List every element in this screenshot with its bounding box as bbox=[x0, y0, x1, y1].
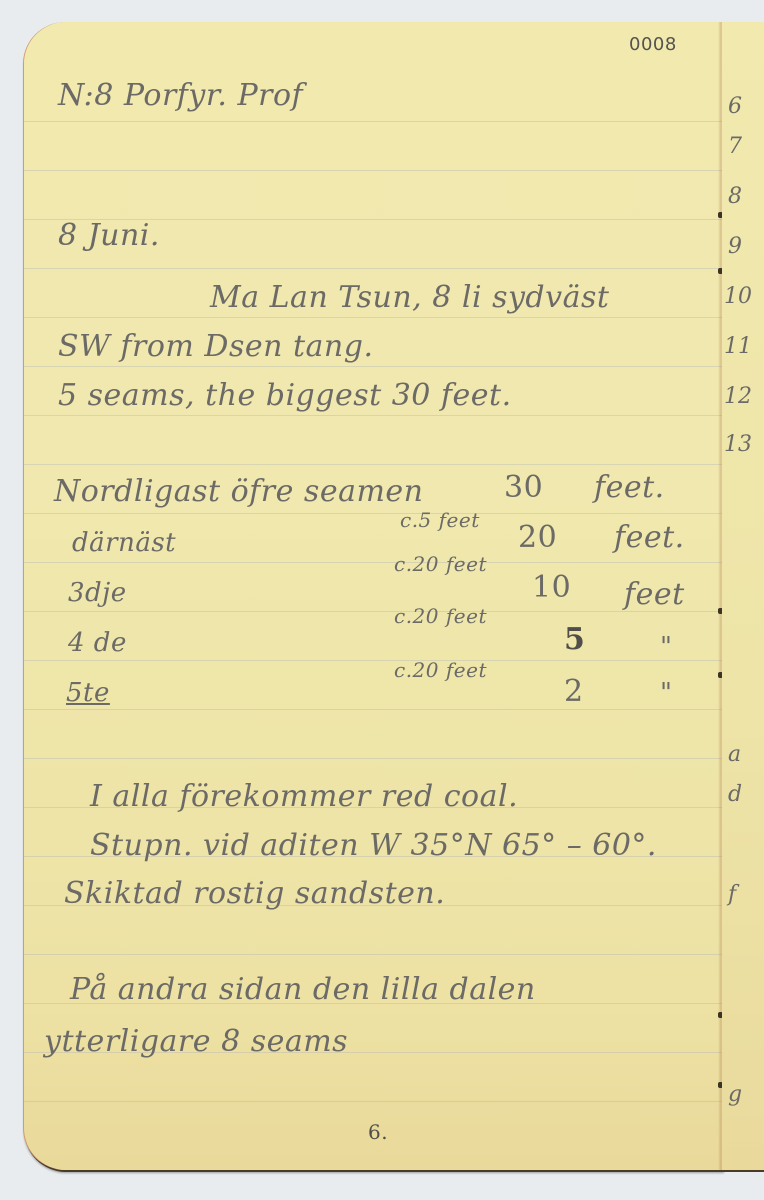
seam-unit: " bbox=[660, 678, 672, 708]
ruled-line bbox=[24, 464, 724, 465]
right-page: 6 7 8 9 10 11 12 13 a d f g bbox=[722, 22, 764, 1170]
seam-label: därnäst bbox=[72, 528, 176, 558]
footer-line: På andra sidan den lilla dalen bbox=[70, 972, 536, 1007]
ruled-line bbox=[24, 121, 724, 122]
margin-fragment: a bbox=[728, 742, 741, 767]
margin-number: 6 bbox=[728, 94, 742, 119]
ruled-line bbox=[24, 1101, 724, 1102]
ruled-line bbox=[24, 562, 724, 563]
ruled-line bbox=[24, 758, 724, 759]
seam-label: Nordligast öfre seamen bbox=[54, 474, 423, 509]
seam-interval: c.5 feet bbox=[400, 508, 480, 532]
left-page: 0008 N:8 Porfyr. Prof 8 Juni. Ma Lan Tsu… bbox=[24, 22, 724, 1170]
seam-unit: feet bbox=[624, 577, 685, 612]
seam-label: 3dje bbox=[68, 578, 127, 608]
margin-number: 8 bbox=[728, 184, 742, 209]
ruled-line bbox=[24, 415, 724, 416]
ruled-line bbox=[24, 317, 724, 318]
notebook-spread: 0008 N:8 Porfyr. Prof 8 Juni. Ma Lan Tsu… bbox=[0, 0, 764, 1200]
ruled-line bbox=[24, 660, 724, 661]
margin-number: 13 bbox=[724, 432, 752, 457]
note-line: Stupn. vid aditen W 35°N 65° – 60°. bbox=[90, 828, 657, 863]
ruled-line bbox=[24, 366, 724, 367]
entry-date: 8 Juni. bbox=[58, 218, 160, 253]
margin-number: 9 bbox=[728, 234, 742, 259]
seam-thickness: 2 bbox=[564, 674, 584, 709]
seam-interval: c.20 feet bbox=[394, 604, 487, 628]
seam-unit: " bbox=[660, 632, 672, 662]
seam-label: 4 de bbox=[68, 628, 127, 658]
seam-thickness: 20 bbox=[518, 520, 557, 555]
margin-number: 12 bbox=[724, 384, 752, 409]
margin-number: 7 bbox=[728, 134, 742, 159]
margin-fragment: d bbox=[728, 782, 742, 807]
page-number: 6. bbox=[368, 1120, 388, 1144]
seams-summary-line: 5 seams, the biggest 30 feet. bbox=[58, 378, 512, 413]
ruled-line bbox=[24, 954, 724, 955]
margin-fragment: f bbox=[728, 882, 736, 907]
location-line: Ma Lan Tsun, 8 li sydväst bbox=[210, 280, 609, 315]
direction-line: SW from Dsen tang. bbox=[58, 329, 373, 364]
seam-interval: c.20 feet bbox=[394, 658, 487, 682]
margin-number: 10 bbox=[724, 284, 752, 309]
notebook-header: N:8 Porfyr. Prof bbox=[58, 78, 303, 113]
note-line: Skiktad rostig sandsten. bbox=[64, 876, 445, 911]
archive-number: 0008 bbox=[629, 34, 677, 55]
ruled-line bbox=[24, 611, 724, 612]
seam-label: 5te bbox=[66, 678, 110, 708]
footer-line: ytterligare 8 seams bbox=[44, 1024, 348, 1059]
seam-unit: feet. bbox=[614, 520, 685, 555]
seam-thickness: 10 bbox=[532, 570, 571, 605]
note-line: I alla förekommer red coal. bbox=[90, 779, 518, 814]
seam-interval: c.20 feet bbox=[394, 552, 487, 576]
seam-thickness: 5 bbox=[564, 622, 585, 657]
ruled-line bbox=[24, 170, 724, 171]
margin-fragment: g bbox=[728, 1082, 742, 1107]
margin-number: 11 bbox=[724, 334, 752, 359]
seam-thickness: 30 bbox=[504, 470, 543, 505]
seam-unit: feet. bbox=[594, 470, 665, 505]
ruled-line bbox=[24, 709, 724, 710]
ruled-line bbox=[24, 268, 724, 269]
ruled-line bbox=[24, 513, 724, 514]
